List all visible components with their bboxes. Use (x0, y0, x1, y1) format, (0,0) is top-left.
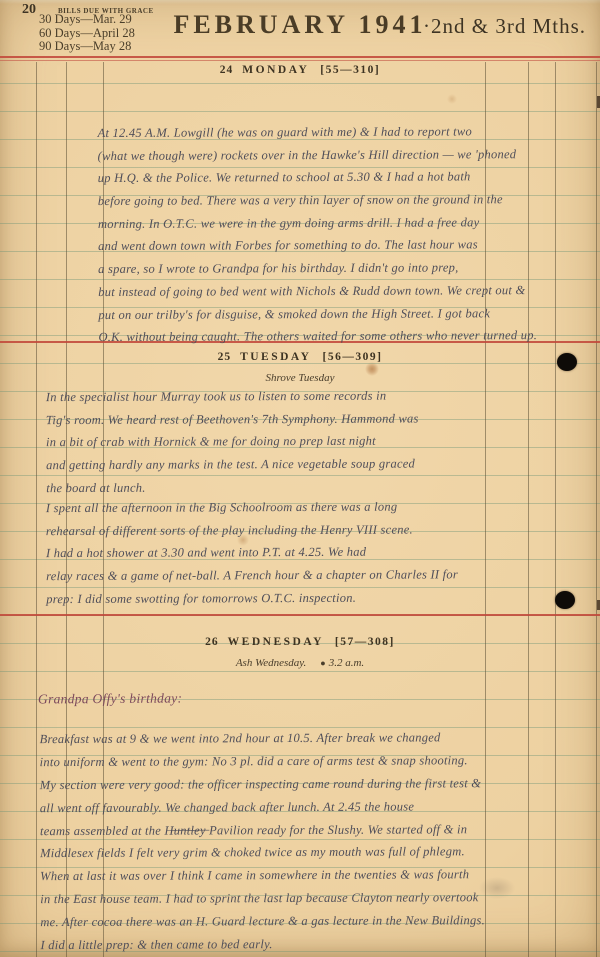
handwritten-line: rehearsal of different sorts of the play… (46, 518, 561, 543)
punch-hole-bottom (555, 591, 575, 609)
section-red-rule-wednesday (0, 614, 600, 616)
handwritten-line: At 12.45 A.M. Lowgill (he was on guard w… (98, 120, 558, 145)
handwritten-line: and getting hardly any marks in the test… (46, 452, 561, 477)
day-code: [55—310] (320, 64, 380, 76)
handwritten-line: Tig's room. We heard rest of Beethoven's… (46, 407, 561, 432)
handwritten-line: In the specialist hour Murray took us to… (46, 384, 561, 409)
day-name: WEDNESDAY (228, 636, 324, 648)
handwritten-line: I spent all the afternoon in the Big Sch… (46, 495, 561, 520)
handwritten-line: before going to bed. There was a very th… (98, 188, 558, 213)
months-ordinal-label: ·2nd & 3rd Mths. (423, 14, 586, 39)
handwritten-line: morning. In O.T.C. we were in the gym do… (98, 211, 558, 236)
day-name: MONDAY (242, 64, 309, 76)
day-code: [57—308] (335, 636, 395, 648)
day-subtitle-ash-wednesday: Ash Wednesday.●3.2 a.m. (0, 657, 600, 669)
diary-entry-tuesday-para2: I spent all the afternoon in the Big Sch… (46, 495, 561, 611)
handwritten-line: teams assembled at the H̶u̶n̶t̶l̶e̶y̶ Pa… (40, 817, 560, 842)
handwritten-line: I did a little prep: & then came to bed … (40, 932, 560, 957)
diary-entry-wednesday: Breakfast was at 9 & we went into 2nd ho… (40, 726, 561, 957)
diary-entry-tuesday-para1: In the specialist hour Murray took us to… (46, 384, 561, 500)
handwritten-line: in the East house team. I had to sprint … (40, 886, 560, 911)
bills-due-line: 90 Days—May 28 (39, 40, 135, 54)
handwritten-line: put on our trilby's for disguise, & smok… (98, 301, 558, 326)
day-header-tuesday: 25TUESDAY[56—309] (0, 351, 600, 363)
handwritten-line: and went down town with Forbes for somet… (98, 233, 558, 258)
diary-page: 20 BILLS DUE WITH GRACE 30 Days—Mar. 29 … (0, 0, 600, 957)
moon-time: 3.2 a.m. (329, 657, 364, 669)
handwritten-line: relay races & a game of net-ball. A Fren… (46, 563, 561, 588)
day-header-monday: 24MONDAY[55—310] (0, 64, 600, 76)
handwritten-line: O.K. without being caught. The others wa… (98, 324, 558, 349)
punch-hole-top (557, 353, 577, 371)
handwritten-line: into uniform & went to the gym: No 3 pl.… (40, 749, 560, 774)
handwritten-line: but instead of going to bed went with Ni… (98, 279, 558, 304)
day-name: TUESDAY (240, 351, 311, 363)
handwritten-line: (what we though were) rockets over in th… (98, 143, 558, 168)
diary-entry-monday: At 12.45 A.M. Lowgill (he was on guard w… (98, 120, 559, 349)
day-number: 26 (205, 636, 219, 648)
handwritten-line: prep: I did some swotting for tomorrows … (46, 586, 561, 611)
day-number: 25 (218, 351, 232, 363)
handwritten-line: a spare, so I wrote to Grandpa for his b… (98, 256, 558, 281)
handwritten-line: I had a hot shower at 3.30 and went into… (46, 540, 561, 565)
handwritten-line: all went off favourably. We changed back… (40, 795, 560, 820)
red-ink-birthday-note: Grandpa Offy's birthday: (38, 690, 182, 707)
handwritten-line: in a bit of crab with Hornick & me for d… (46, 429, 561, 454)
handwritten-line: me. After cocoa there was an H. Guard le… (40, 909, 560, 934)
day-number: 24 (220, 64, 234, 76)
new-moon-icon: ● (320, 658, 325, 668)
handwritten-line: Middlesex fields I felt very grim & chok… (40, 840, 560, 865)
handwritten-line: up H.Q. & the Police. We returned to sch… (98, 165, 558, 190)
day-subtitle-shrove-tuesday: Shrove Tuesday (0, 372, 600, 384)
header-red-rule (0, 56, 600, 58)
handwritten-line: My section were very good: the officer i… (40, 772, 560, 797)
header-red-rule-thin (0, 60, 600, 61)
day-code: [56—309] (322, 351, 382, 363)
handwritten-line: Breakfast was at 9 & we went into 2nd ho… (40, 726, 560, 751)
handwritten-line: When at last it was over I think I came … (40, 863, 560, 888)
subtitle-text: Ash Wednesday. (236, 657, 306, 669)
day-header-wednesday: 26WEDNESDAY[57—308] (0, 636, 600, 648)
column-rule (596, 62, 597, 957)
column-rule (36, 62, 37, 957)
